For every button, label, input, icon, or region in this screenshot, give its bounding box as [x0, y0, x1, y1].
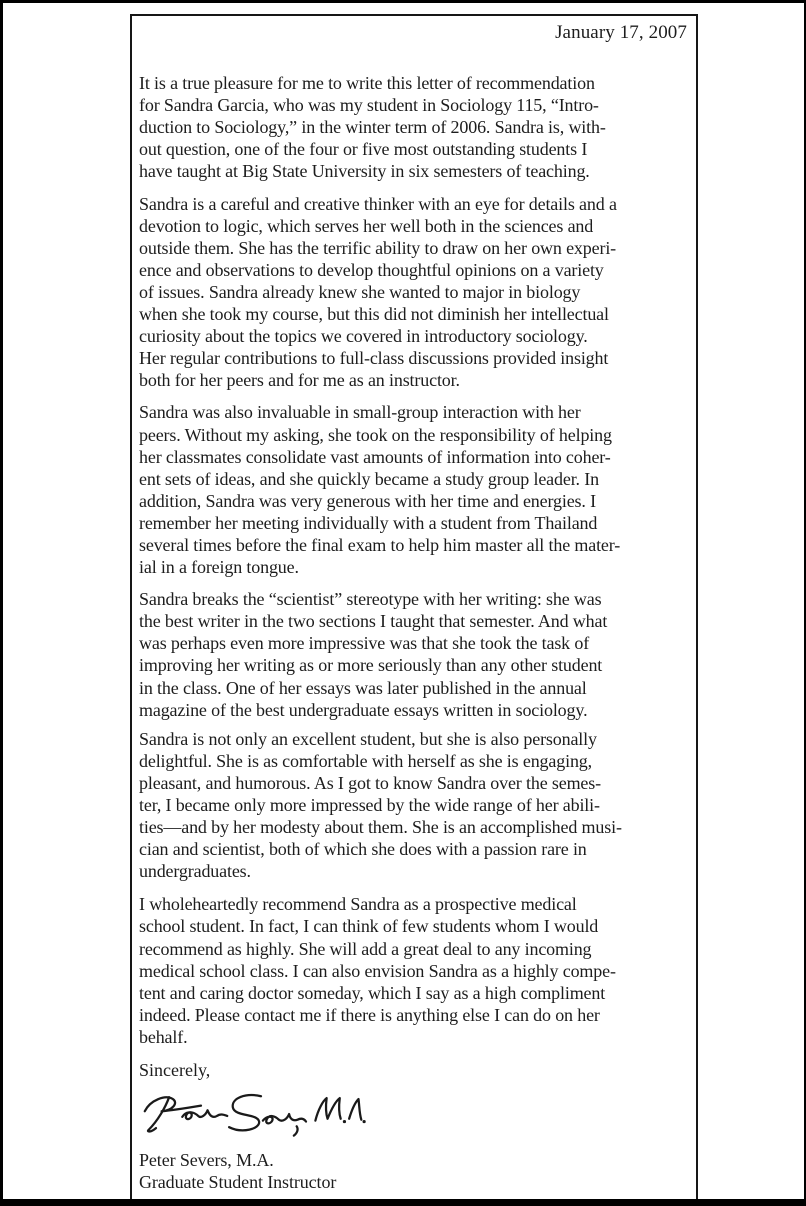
letter-paragraph-6: I wholeheartedly recommend Sandra as a p…	[139, 893, 687, 1048]
letter-paragraph-2: Sandra is a careful and creative thinker…	[139, 193, 687, 392]
letter-paragraph-1: It is a true pleasure for me to write th…	[139, 72, 687, 182]
signature-dot-1	[343, 1120, 346, 1123]
signer-block: Peter Severs, M.A. Graduate Student Inst…	[139, 1149, 687, 1193]
letter-document: January 17, 2007 It is a true pleasure f…	[130, 14, 698, 1199]
page-frame: January 17, 2007 It is a true pleasure f…	[0, 0, 806, 1206]
letter-closing: Sincerely,	[139, 1059, 687, 1081]
letter-date: January 17, 2007	[139, 22, 687, 44]
letter-paragraph-3: Sandra was also invaluable in small-grou…	[139, 401, 687, 578]
signature-stroke-comma	[294, 1126, 298, 1135]
signature-dot-2	[363, 1120, 366, 1123]
signature-stroke-p	[145, 1098, 201, 1112]
signature-stroke-m	[315, 1098, 340, 1121]
signature-handwriting-image	[141, 1089, 687, 1141]
letter-paragraph-5: Sandra is not only an excellent student,…	[139, 728, 687, 883]
signer-title: Graduate Student Instructor	[139, 1171, 687, 1193]
signature-stroke-a	[349, 1099, 361, 1120]
signature-stroke-eter	[182, 1110, 227, 1119]
signature-stroke-s	[229, 1095, 261, 1130]
signature-stroke-evers	[263, 1114, 306, 1123]
letter-paragraph-4: Sandra breaks the “scientist” stereotype…	[139, 588, 687, 721]
signer-name: Peter Severs, M.A.	[139, 1149, 687, 1171]
